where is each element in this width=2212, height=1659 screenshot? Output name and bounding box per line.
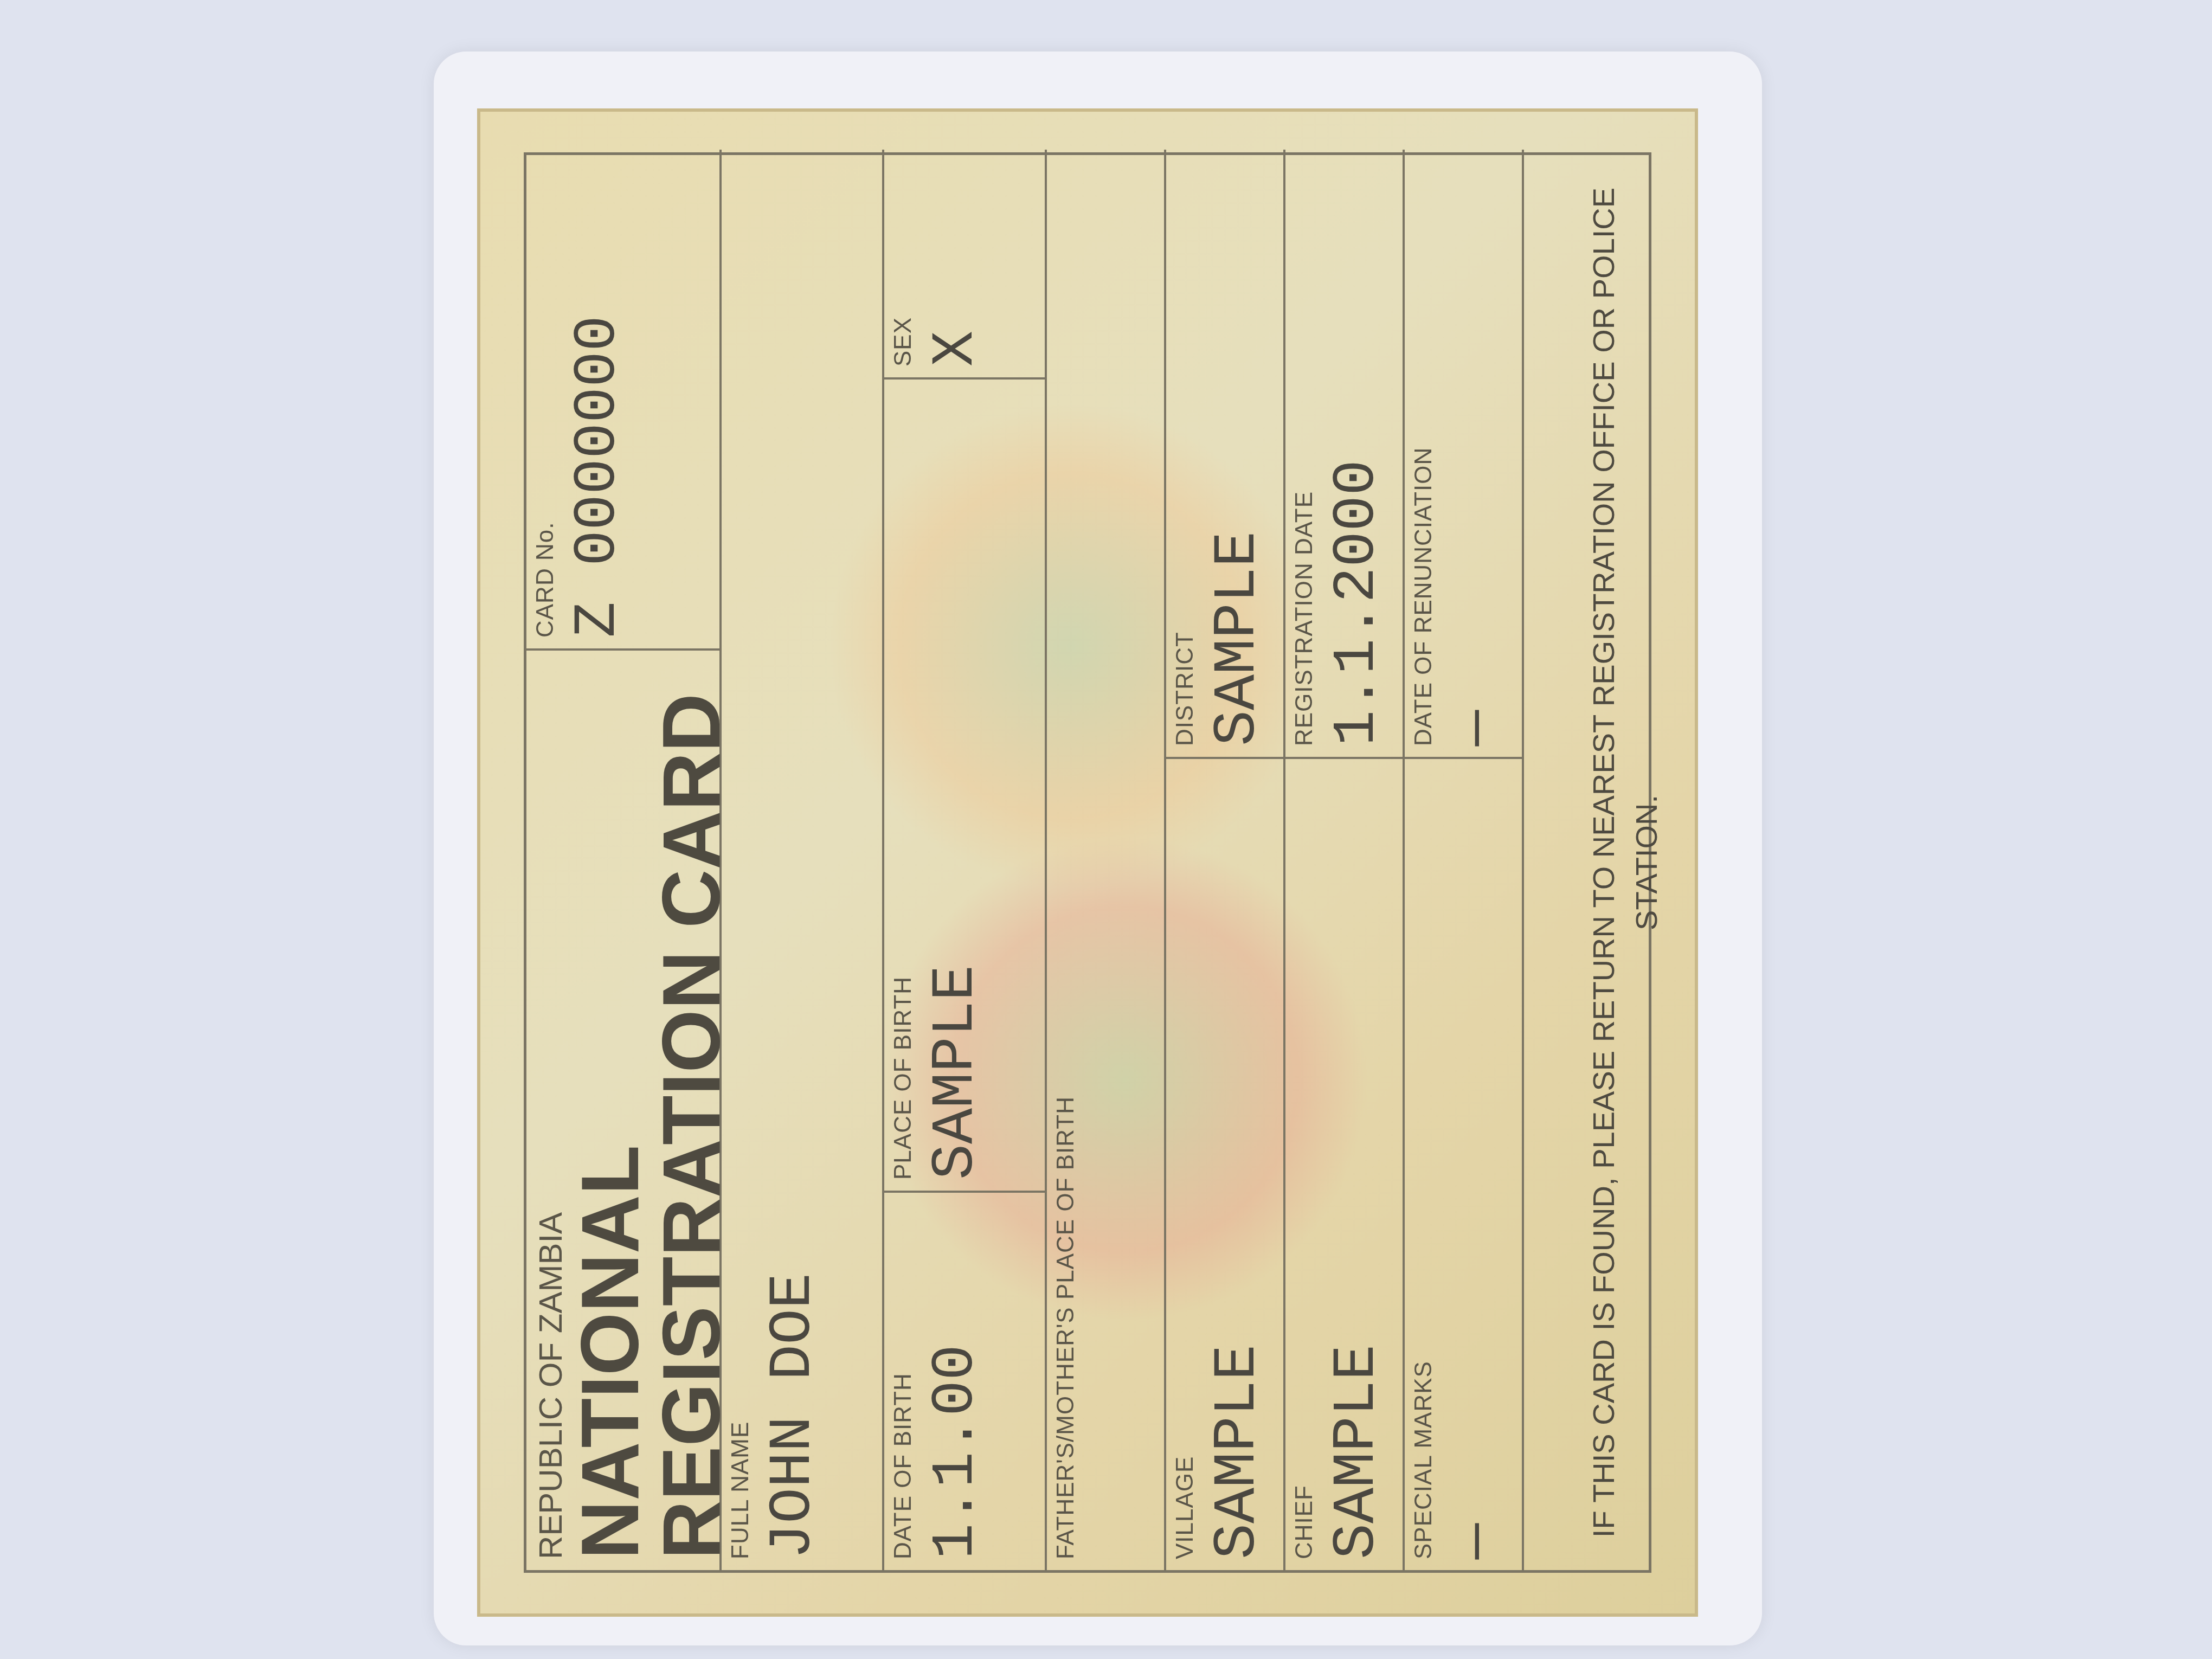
sex-label: SEX	[890, 160, 917, 366]
sex-value: X	[922, 160, 990, 366]
title-block: REPUBLIC OF ZAMBIA NATIONAL REGISTRATION…	[526, 648, 722, 1570]
chief-value: SAMPLE	[1323, 770, 1391, 1559]
reg-date-value: 1.1.2000	[1323, 160, 1391, 746]
field-grid: REPUBLIC OF ZAMBIA NATIONAL REGISTRATION…	[524, 152, 1651, 1573]
dob-label: DATE OF BIRTH	[890, 1204, 917, 1559]
renunciation-value: —	[1443, 160, 1510, 746]
id-card: REPUBLIC OF ZAMBIA NATIONAL REGISTRATION…	[477, 108, 1698, 1617]
card-face: REPUBLIC OF ZAMBIA NATIONAL REGISTRATION…	[502, 131, 1673, 1594]
title-line-1: NATIONAL	[569, 661, 651, 1559]
card-no-label: CARD No.	[532, 160, 559, 638]
special-marks-value: —	[1443, 770, 1510, 1559]
chief-label: CHIEF	[1291, 770, 1318, 1559]
reg-date-cell: REGISTRATION DATE 1.1.2000	[1285, 150, 1405, 757]
return-instructions: IF THIS CARD IS FOUND, PLEASE RETURN TO …	[1583, 152, 1668, 1573]
renunciation-cell: DATE OF RENUNCIATION —	[1405, 150, 1524, 757]
sex-cell: SEX X	[884, 150, 1047, 377]
full-name-label: FULL NAME	[727, 160, 754, 1559]
special-marks-cell: SPECIAL MARKS —	[1405, 757, 1524, 1570]
pob-value: SAMPLE	[922, 390, 990, 1180]
card-no-value: Z 0000000	[564, 160, 632, 638]
district-cell: DISTRICT SAMPLE	[1166, 150, 1285, 757]
village-value: SAMPLE	[1204, 770, 1272, 1559]
special-marks-label: SPECIAL MARKS	[1410, 770, 1437, 1559]
reg-date-label: REGISTRATION DATE	[1291, 160, 1318, 746]
district-value: SAMPLE	[1204, 160, 1272, 746]
parent-pob-cell: FATHER'S/MOTHER'S PLACE OF BIRTH	[1047, 150, 1166, 1570]
village-cell: VILLAGE SAMPLE	[1166, 757, 1285, 1570]
dob-cell: DATE OF BIRTH 1.1.00	[884, 1191, 1047, 1570]
pob-label: PLACE OF BIRTH	[890, 390, 917, 1180]
village-label: VILLAGE	[1172, 770, 1199, 1559]
card-number-cell: CARD No. Z 0000000	[526, 150, 722, 648]
full-name-cell: FULL NAME JOHN DOE	[722, 150, 884, 1570]
republic-text: REPUBLIC OF ZAMBIA	[532, 661, 569, 1559]
title-line-2: REGISTRATION CARD	[651, 661, 732, 1559]
district-label: DISTRICT	[1172, 160, 1199, 746]
full-name-value: JOHN DOE	[760, 160, 827, 1559]
renunciation-label: DATE OF RENUNCIATION	[1410, 160, 1437, 746]
pob-cell: PLACE OF BIRTH SAMPLE	[884, 377, 1047, 1191]
parent-pob-label: FATHER'S/MOTHER'S PLACE OF BIRTH	[1052, 160, 1079, 1559]
chief-cell: CHIEF SAMPLE	[1285, 757, 1405, 1570]
dob-value: 1.1.00	[922, 1204, 990, 1559]
